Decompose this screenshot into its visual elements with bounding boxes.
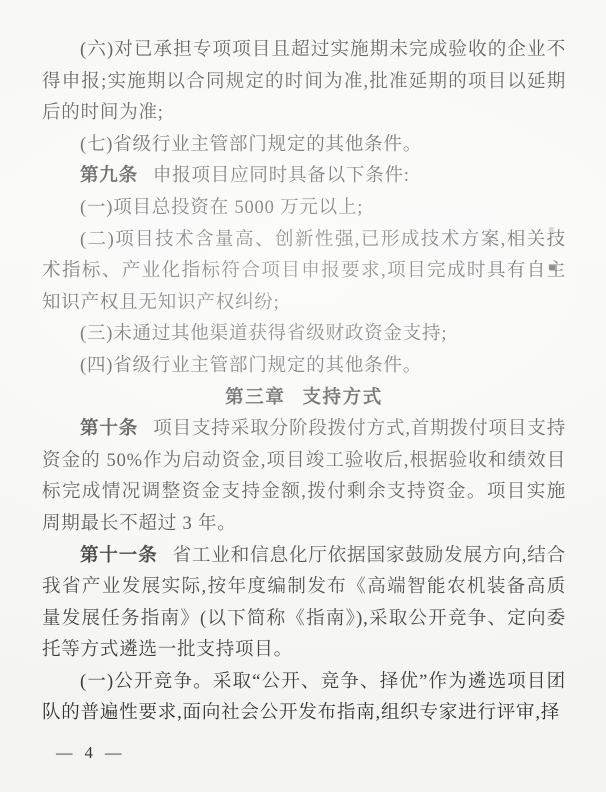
scan-artifact-dot (549, 265, 555, 270)
paragraph-text: 申报项目应同时具备以下条件: (153, 166, 410, 186)
paragraph: (四)省级行业主管部门规定的其他条件。 (42, 351, 566, 383)
article-number: 第九条 (80, 166, 138, 186)
article-number: 第十一条 (80, 546, 158, 566)
chapter-number: 第三章 (225, 388, 285, 408)
paragraph: (三)未通过其他渠道获得省级财政资金支持; (42, 319, 566, 351)
paragraph-text: (一)公开竞争。采取“公开、竞争、择优”作为遴选项目团队的普遍性要求,面向社会公… (42, 672, 566, 724)
paragraph: (六)对已承担专项项目且超过实施期未完成验收的企业不得申报;实施期以合同规定的时… (42, 35, 566, 130)
paragraph-text: 支持方式 (302, 388, 382, 408)
paragraph-text: (七)省级行业主管部门规定的其他条件。 (80, 135, 422, 155)
paragraph-text: (四)省级行业主管部门规定的其他条件。 (80, 356, 422, 376)
paragraph-text: (六)对已承担专项项目且超过实施期未完成验收的企业不得申报;实施期以合同规定的时… (42, 40, 566, 123)
page-number: — 4 — (56, 743, 126, 763)
paragraph: 第九条申报项目应同时具备以下条件: (42, 161, 566, 193)
paragraph: 第十条项目支持采取分阶段拨付方式,首期拨付项目支持资金的 50%作为启动资金,项… (42, 414, 566, 540)
paragraph: 第十一条省工业和信息化厅依据国家鼓励发展方向,结合我省产业发展实际,按年度编制发… (42, 541, 566, 667)
paragraph: (二)项目技术含量高、创新性强,已形成技术方案,相关技术指标、产业化指标符合项目… (42, 225, 566, 320)
paragraph-text: (二)项目技术含量高、创新性强,已形成技术方案,相关技术指标、产业化指标符合项目… (42, 230, 566, 313)
paragraph: (一)项目总投资在 5000 万元以上; (42, 193, 566, 225)
paragraph: (七)省级行业主管部门规定的其他条件。 (42, 130, 566, 162)
chapter-heading: 第三章支持方式 (42, 383, 566, 415)
document-body: (六)对已承担专项项目且超过实施期未完成验收的企业不得申报;实施期以合同规定的时… (42, 35, 566, 730)
paragraph: (一)公开竞争。采取“公开、竞争、择优”作为遴选项目团队的普遍性要求,面向社会公… (42, 667, 566, 730)
scanned-document-page: (六)对已承担专项项目且超过实施期未完成验收的企业不得申报;实施期以合同规定的时… (0, 0, 606, 792)
paragraph-text: (三)未通过其他渠道获得省级财政资金支持; (80, 324, 447, 344)
paragraph-text: (一)项目总投资在 5000 万元以上; (80, 198, 363, 218)
article-number: 第十条 (80, 419, 138, 439)
scan-artifact-dot (549, 227, 554, 232)
